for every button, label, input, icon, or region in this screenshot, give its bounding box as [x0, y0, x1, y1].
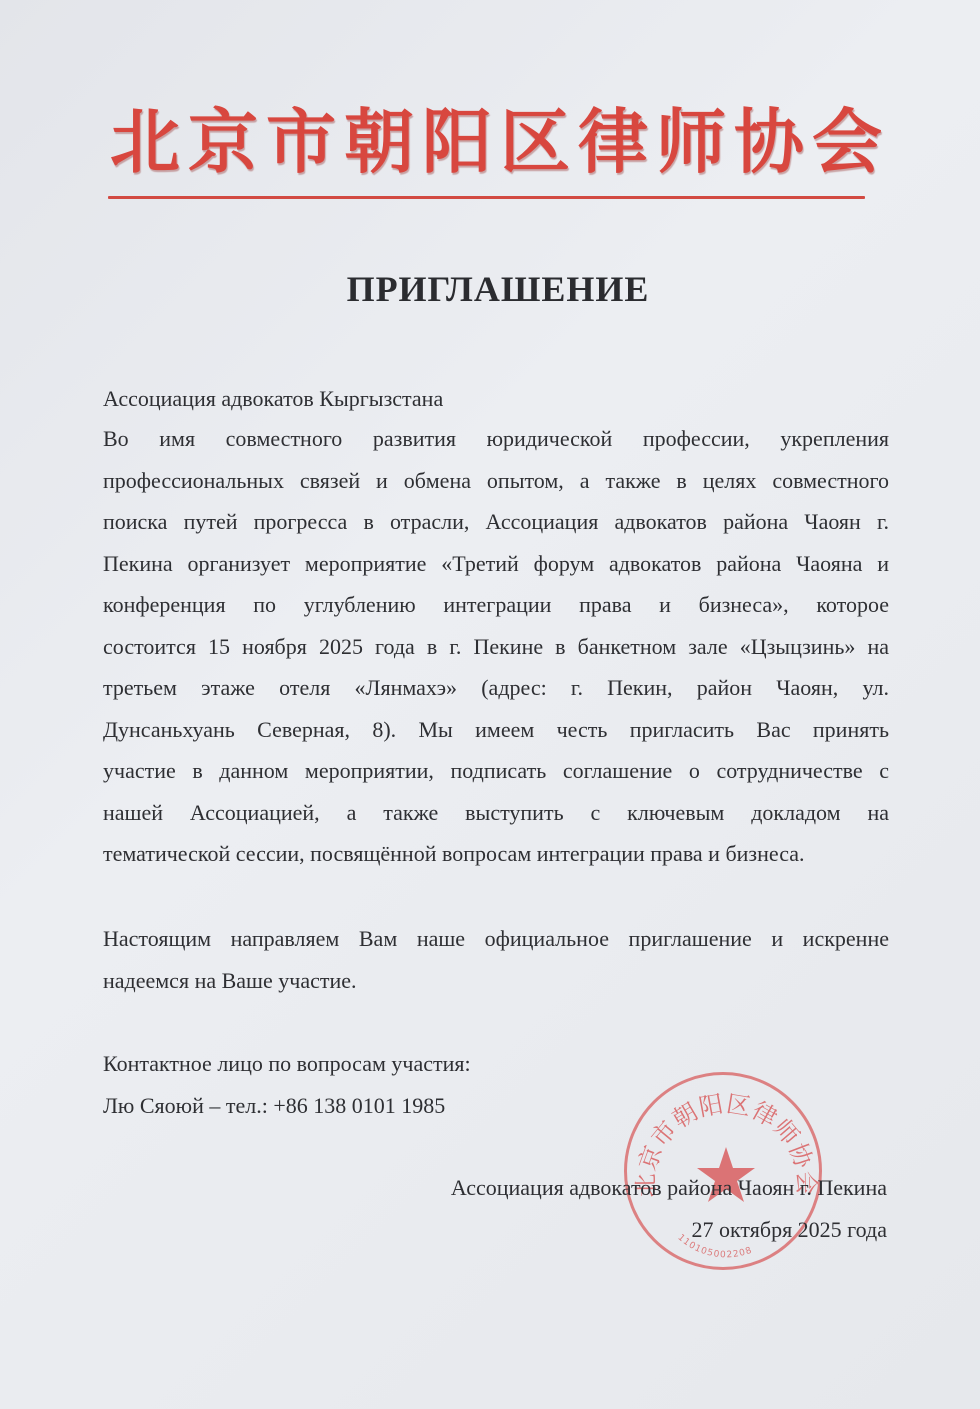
letterhead-divider	[108, 196, 865, 199]
letterhead-char: 会	[808, 102, 886, 182]
paragraph-line: нашей Ассоциацией, а также выступить с к…	[103, 792, 889, 834]
letterhead-char: 朝	[340, 102, 418, 182]
paragraph-line: конференция по углублению интеграции пра…	[103, 584, 889, 626]
letterhead-char: 协	[730, 102, 808, 182]
paragraph-line: третьем этаже отеля «Лянмахэ» (адрес: г.…	[103, 667, 889, 709]
paragraph-line: Настоящим направляем Вам наше официально…	[103, 918, 889, 960]
letterhead-char: 区	[496, 102, 574, 182]
signature-block: Ассоциация адвокатов района Чаоян г. Пек…	[451, 1167, 887, 1250]
invitation-paragraph: Во имя совместного развития юридической …	[103, 418, 889, 875]
paragraph-line: надеемся на Ваше участие.	[103, 960, 889, 1002]
paragraph-line: профессиональных связей и обмена опытом,…	[103, 460, 889, 502]
paragraph-line: Дунсаньхуань Северная, 8). Мы имеем чест…	[103, 709, 889, 751]
addressee: Ассоциация адвокатов Кыргызстана	[103, 378, 889, 420]
letterhead-char: 京	[184, 102, 262, 182]
letterhead-char: 阳	[418, 102, 496, 182]
letterhead-char: 律	[574, 102, 652, 182]
letterhead-char: 市	[262, 102, 340, 182]
paragraph-line: участие в данном мероприятии, подписать …	[103, 750, 889, 792]
paragraph-line: Пекина организует мероприятие «Третий фо…	[103, 543, 889, 585]
closing-paragraph: Настоящим направляем Вам наше официально…	[103, 918, 889, 1001]
signature-organization: Ассоциация адвокатов района Чаоян г. Пек…	[451, 1167, 887, 1209]
paragraph-line: поиска путей прогресса в отрасли, Ассоци…	[103, 501, 889, 543]
letterhead-char: 师	[652, 102, 730, 182]
document-title: ПРИГЛАШЕНИЕ	[0, 268, 980, 310]
paragraph-line: Во имя совместного развития юридической …	[103, 418, 889, 460]
letterhead: 北 京 市 朝 阳 区 律 师 协 会	[106, 102, 886, 182]
letterhead-char: 北	[106, 102, 184, 182]
signature-date: 27 октября 2025 года	[451, 1209, 887, 1251]
paragraph-line: состоится 15 ноября 2025 года в г. Пекин…	[103, 626, 889, 668]
paragraph-line: тематической сессии, посвящённой вопроса…	[103, 833, 889, 875]
